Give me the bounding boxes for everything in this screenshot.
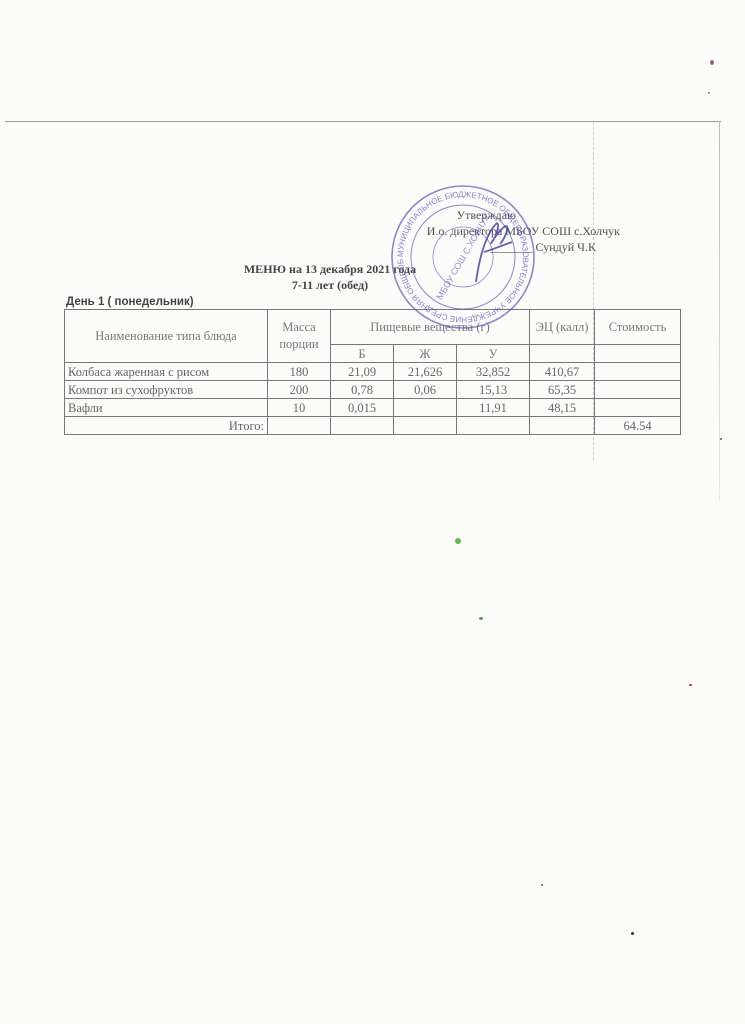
scan-speck (720, 438, 722, 440)
header-cost: Стоимость (595, 310, 681, 345)
header-u: У (457, 345, 530, 363)
stamp-center-text: МБОУ СОШ С.ХОЛЧУК (434, 212, 491, 302)
scan-speck (455, 538, 461, 544)
dish-b: 21,09 (331, 363, 394, 381)
dish-b: 0,78 (331, 381, 394, 399)
table-row: Вафли 10 0,015 11,91 48,15 (65, 399, 681, 417)
total-empty-b (331, 417, 394, 435)
dish-u: 15,13 (457, 381, 530, 399)
dish-mass: 200 (268, 381, 331, 399)
dish-mass: 10 (268, 399, 331, 417)
header-cost-empty (595, 345, 681, 363)
dish-zh: 21,626 (394, 363, 457, 381)
scan-speck (708, 92, 710, 94)
dish-u: 11,91 (457, 399, 530, 417)
dish-cost (595, 381, 681, 399)
header-energy: ЭЦ (калл) (530, 310, 595, 345)
total-empty-zh (394, 417, 457, 435)
dish-cost (595, 399, 681, 417)
header-mass: Масса порции (268, 310, 331, 363)
dish-energy: 48,15 (530, 399, 595, 417)
scan-speck (479, 617, 483, 620)
scan-speck (710, 60, 714, 65)
scan-speck (689, 684, 692, 686)
table-total-row: Итого: 64.54 (65, 417, 681, 435)
header-energy-empty (530, 345, 595, 363)
dish-energy: 410,67 (530, 363, 595, 381)
page-edge-right (719, 121, 720, 501)
total-cost: 64.54 (595, 417, 681, 435)
dish-name: Компот из сухофруктов (65, 381, 268, 399)
dish-zh: 0,06 (394, 381, 457, 399)
total-empty-mass (268, 417, 331, 435)
total-label: Итого: (65, 417, 268, 435)
dish-u: 32,852 (457, 363, 530, 381)
dish-name: Вафли (65, 399, 268, 417)
scan-speck (631, 932, 634, 935)
table-row: Компот из сухофруктов 200 0,78 0,06 15,1… (65, 381, 681, 399)
total-empty-energy (530, 417, 595, 435)
table-row: Колбаса жаренная с рисом 180 21,09 21,62… (65, 363, 681, 381)
dish-zh (394, 399, 457, 417)
table-header-row: Наименование типа блюда Масса порции Пищ… (65, 310, 681, 345)
menu-table: Наименование типа блюда Масса порции Пищ… (64, 309, 681, 435)
header-zh: Ж (394, 345, 457, 363)
dish-mass: 180 (268, 363, 331, 381)
header-name: Наименование типа блюда (65, 310, 268, 363)
dish-name: Колбаса жаренная с рисом (65, 363, 268, 381)
page-edge-top (5, 121, 721, 122)
header-b: Б (331, 345, 394, 363)
scan-speck (541, 884, 543, 886)
dish-energy: 65,35 (530, 381, 595, 399)
dish-b: 0,015 (331, 399, 394, 417)
total-empty-u (457, 417, 530, 435)
dish-cost (595, 363, 681, 381)
day-label: День 1 ( понедельник) (66, 296, 194, 308)
school-stamp: МУНИЦИПАЛЬНОЕ БЮДЖЕТНОЕ ОБЩЕОБРАЗОВАТЕЛЬ… (388, 182, 538, 332)
